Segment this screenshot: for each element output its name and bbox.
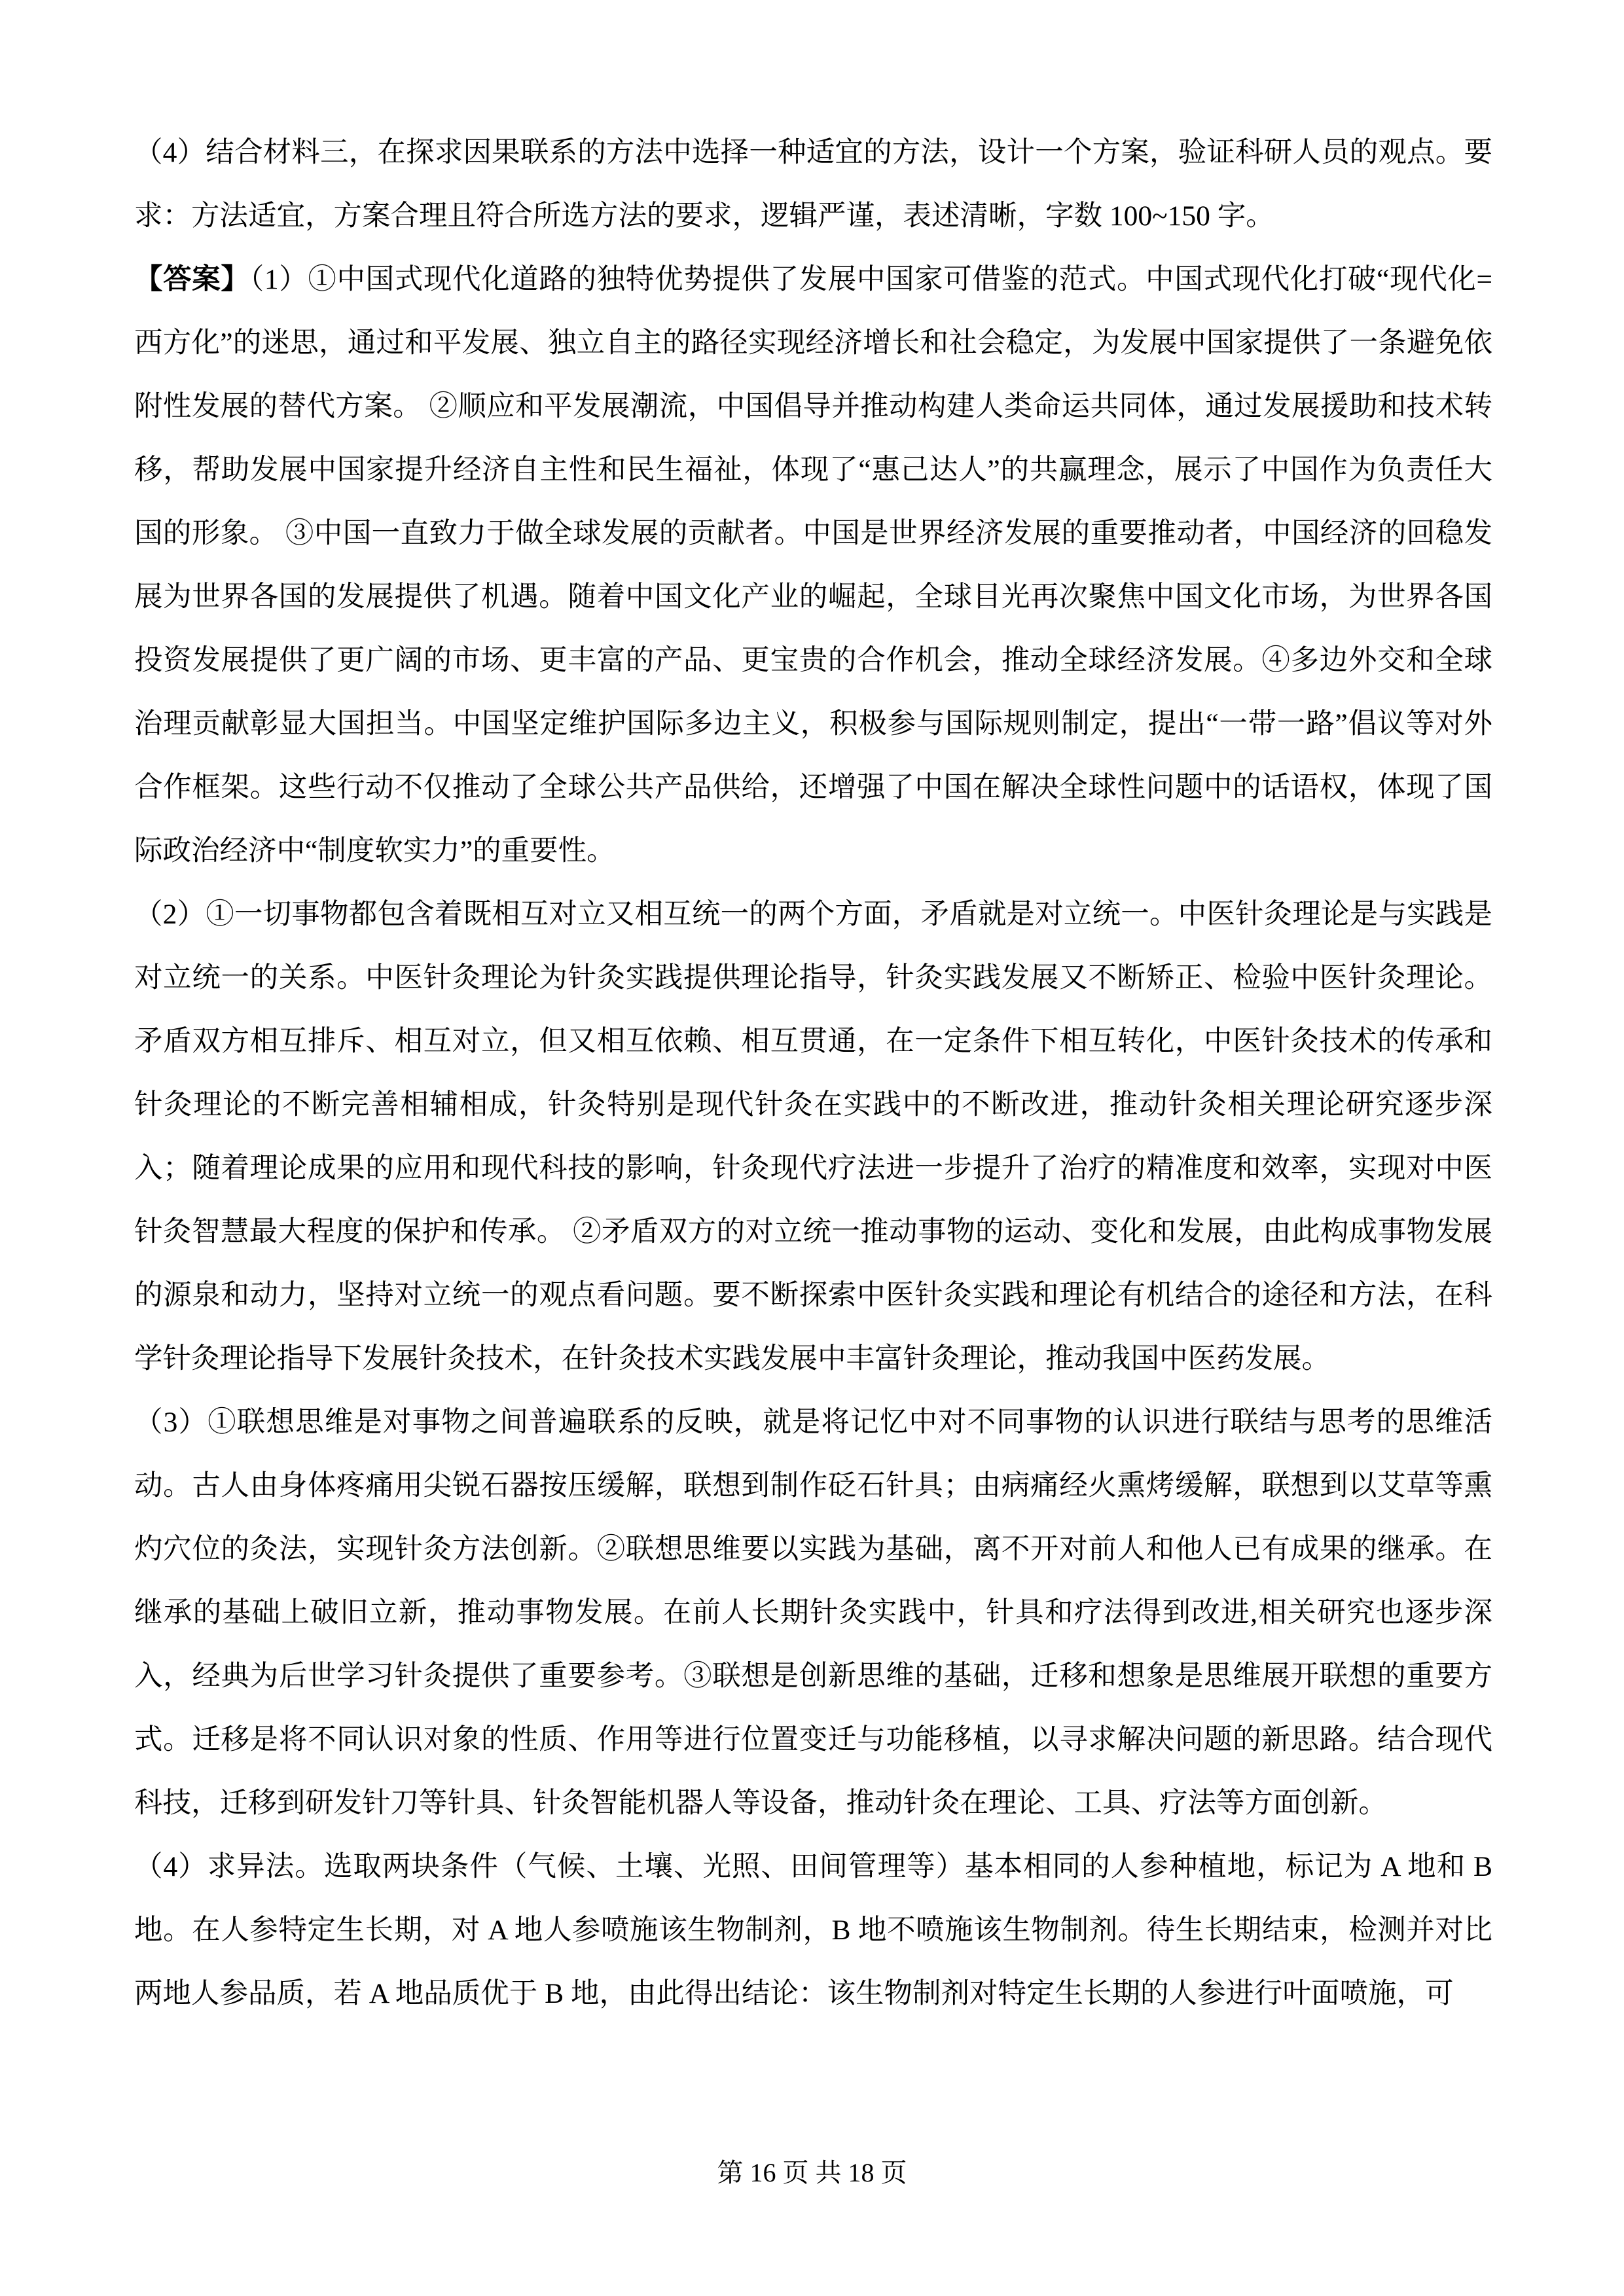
- document-page: （4）结合材料三，在探求因果联系的方法中选择一种适宜的方法，设计一个方案，验证科…: [0, 0, 1624, 2296]
- question-4-paragraph: （4）结合材料三，在探求因果联系的方法中选择一种适宜的方法，设计一个方案，验证科…: [134, 121, 1492, 248]
- page-number-footer: 第 16 页 共 18 页: [0, 2160, 1624, 2186]
- document-body: （4）结合材料三，在探求因果联系的方法中选择一种适宜的方法，设计一个方案，验证科…: [134, 121, 1492, 2026]
- answer-paragraph-4: （4）求异法。选取两块条件（气候、土壤、光照、田间管理等）基本相同的人参种植地，…: [134, 1835, 1492, 2026]
- answer-paragraph-2: （2）①一切事物都包含着既相互对立又相互统一的两个方面，矛盾就是对立统一。中医针…: [134, 883, 1492, 1391]
- answer-label: 【答案】: [134, 264, 250, 295]
- answer-paragraph-3: （3）①联想思维是对事物之间普遍联系的反映，就是将记忆中对不同事物的认识进行联结…: [134, 1391, 1492, 1835]
- answer-1-text: （1）①中国式现代化道路的独特优势提供了发展中国家可借鉴的范式。中国式现代化打破…: [134, 264, 1492, 867]
- answer-paragraph-1: 【答案】（1）①中国式现代化道路的独特优势提供了发展中国家可借鉴的范式。中国式现…: [134, 248, 1492, 883]
